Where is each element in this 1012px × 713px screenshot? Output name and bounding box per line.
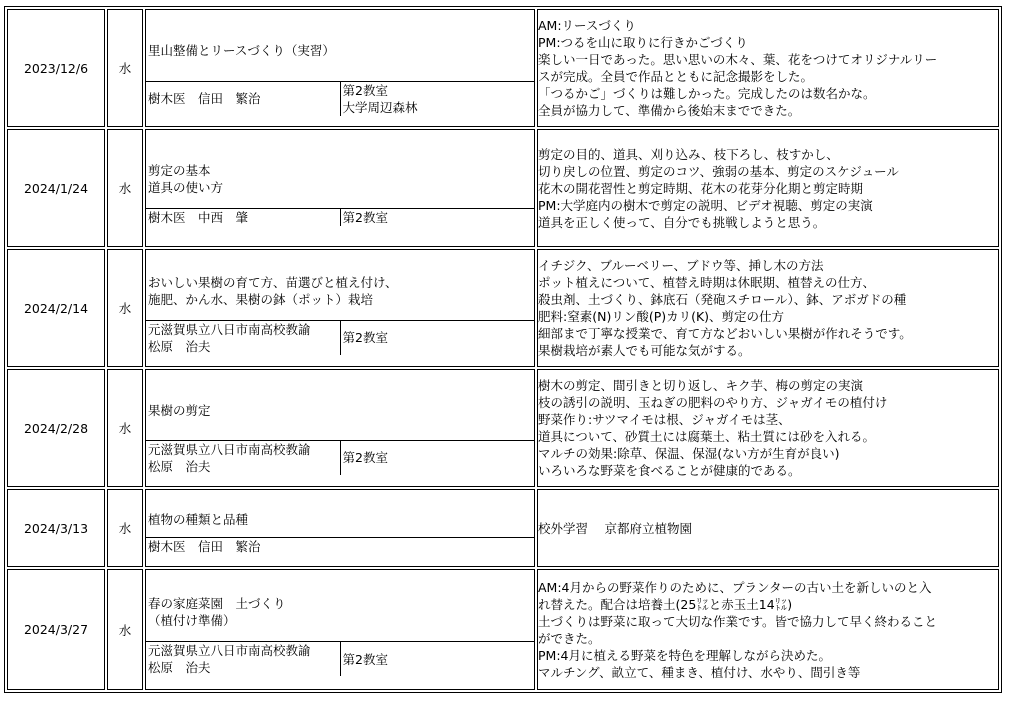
instructor-cell: 樹木医 信田 繁治 — [146, 81, 340, 116]
lecture-schedule-table: 2023/12/6 水 里山整備とリースづくり（実習） 樹木医 信田 繁治 第2… — [4, 6, 1002, 693]
instructor-cell: 元滋賀県立八日市南高校教諭 松原 治夫 — [146, 642, 340, 677]
lecture-info-table: 果樹の剪定 元滋賀県立八日市南高校教諭 松原 治夫 第2教室 — [146, 382, 534, 475]
lecture-title: 里山整備とリースづくり（実習） — [146, 21, 534, 82]
notes-cell: イチジク、ブルーベリー、ブドウ等、挿し木の方法 ポット植えについて、植替え時期は… — [537, 249, 999, 367]
room-cell: 第2教室 — [340, 642, 534, 677]
table-row: 2024/2/28 水 果樹の剪定 元滋賀県立八日市南高校教諭 松原 治夫 第2… — [7, 369, 999, 487]
room-cell: 第2教室 — [340, 209, 534, 227]
instructor-cell: 元滋賀県立八日市南高校教諭 松原 治夫 — [146, 440, 340, 475]
lecture-title: 果樹の剪定 — [146, 382, 534, 441]
table-row: 2024/2/14 水 おいしい果樹の育て方、苗選びと植え付け、 施肥、かん水、… — [7, 249, 999, 367]
lecture-info-table: 里山整備とリースづくり（実習） 樹木医 信田 繁治 第2教室 大学周辺森林 — [146, 21, 534, 116]
lecture-title: 春の家庭菜園 土づくり （植付け準備） — [146, 583, 534, 642]
date-cell: 2024/2/14 — [7, 249, 105, 367]
lecture-info-table: 植物の種類と品種 樹木医 信田 繁治 — [146, 501, 534, 555]
lecture-info-cell: 果樹の剪定 元滋賀県立八日市南高校教諭 松原 治夫 第2教室 — [145, 369, 535, 487]
table-row: 2024/1/24 水 剪定の基本 道具の使い方 樹木医 中西 肇 第2教室 剪… — [7, 129, 999, 247]
date-cell: 2024/2/28 — [7, 369, 105, 487]
table-row: 2024/3/13 水 植物の種類と品種 樹木医 信田 繁治 校外学習 京都府立… — [7, 489, 999, 567]
date-cell: 2024/3/27 — [7, 569, 105, 690]
weekday-cell: 水 — [107, 569, 143, 690]
notes-cell: AM:4月からの野菜作りのために、プランターの古い土を新しいのと入 れ替えた。配… — [537, 569, 999, 690]
notes-cell: 剪定の目的、道具、刈り込み、枝下ろし、枝すかし、 切り戻しの位置、剪定のコツ、強… — [537, 129, 999, 247]
lecture-info-cell: おいしい果樹の育て方、苗選びと植え付け、 施肥、かん水、果樹の鉢（ポット）栽培 … — [145, 249, 535, 367]
weekday-cell: 水 — [107, 249, 143, 367]
date-cell: 2024/1/24 — [7, 129, 105, 247]
lecture-info-cell: 植物の種類と品種 樹木医 信田 繁治 — [145, 489, 535, 567]
notes-cell: AM:リースづくり PM:つるを山に取りに行きかごづくり 楽しい一日であった。思… — [537, 9, 999, 127]
instructor-cell: 樹木医 中西 肇 — [146, 209, 340, 227]
lecture-info-table: 剪定の基本 道具の使い方 樹木医 中西 肇 第2教室 — [146, 150, 534, 226]
room-cell: 第2教室 — [340, 440, 534, 475]
table-row: 2023/12/6 水 里山整備とリースづくり（実習） 樹木医 信田 繁治 第2… — [7, 9, 999, 127]
table-row: 2024/3/27 水 春の家庭菜園 土づくり （植付け準備） 元滋賀県立八日市… — [7, 569, 999, 690]
date-cell: 2023/12/6 — [7, 9, 105, 127]
weekday-cell: 水 — [107, 9, 143, 127]
lecture-title: 剪定の基本 道具の使い方 — [146, 150, 534, 209]
weekday-cell: 水 — [107, 489, 143, 567]
lecture-title: 植物の種類と品種 — [146, 501, 534, 538]
lecture-info-table: 春の家庭菜園 土づくり （植付け準備） 元滋賀県立八日市南高校教諭 松原 治夫 … — [146, 583, 534, 676]
instructor-cell: 樹木医 信田 繁治 — [146, 538, 534, 556]
notes-cell: 校外学習 京都府立植物園 — [537, 489, 999, 567]
weekday-cell: 水 — [107, 129, 143, 247]
lecture-info-cell: 春の家庭菜園 土づくり （植付け準備） 元滋賀県立八日市南高校教諭 松原 治夫 … — [145, 569, 535, 690]
lecture-title: おいしい果樹の育て方、苗選びと植え付け、 施肥、かん水、果樹の鉢（ポット）栽培 — [146, 262, 534, 321]
room-cell: 第2教室 — [340, 320, 534, 355]
notes-cell: 樹木の剪定、間引きと切り返し、キク芋、梅の剪定の実演 枝の誘引の説明、玉ねぎの肥… — [537, 369, 999, 487]
lecture-info-table: おいしい果樹の育て方、苗選びと植え付け、 施肥、かん水、果樹の鉢（ポット）栽培 … — [146, 262, 534, 355]
room-cell: 第2教室 大学周辺森林 — [340, 81, 534, 116]
date-cell: 2024/3/13 — [7, 489, 105, 567]
instructor-cell: 元滋賀県立八日市南高校教諭 松原 治夫 — [146, 320, 340, 355]
lecture-info-cell: 剪定の基本 道具の使い方 樹木医 中西 肇 第2教室 — [145, 129, 535, 247]
weekday-cell: 水 — [107, 369, 143, 487]
lecture-info-cell: 里山整備とリースづくり（実習） 樹木医 信田 繁治 第2教室 大学周辺森林 — [145, 9, 535, 127]
